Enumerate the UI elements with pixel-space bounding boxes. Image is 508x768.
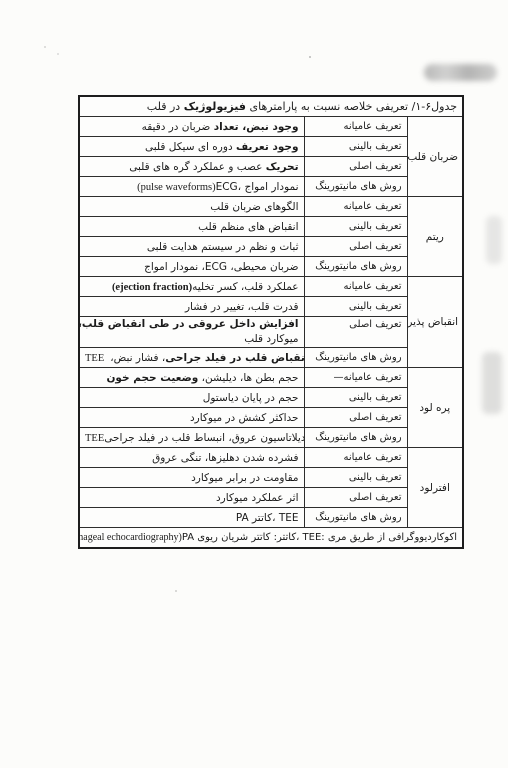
definition-content-cell: عملکرد قلب، کسر تخلیه(ejection fraction) [79,277,304,297]
table-row: تعریف اصلیحداکثر کشش در میوکارد [79,408,463,428]
table-row: روش های مانیتورینگTEE ، فشار نبض، انقباض… [79,348,463,368]
persian-text: دوره ای سیکل قلبی [145,141,236,153]
table-row: تعریف بالینیحجم در پایان دیاستول [79,388,463,408]
persian-text: ضربان در دقیقه [142,121,214,133]
definition-type-cell: روش های مانیتورینگ [304,428,407,448]
definition-content-cell: ثبات و نظم در سیستم هدایت قلبی [79,237,304,257]
definition-content-cell: PA کاتتر، TEE [79,508,304,528]
persian-text: حجم بطن ها، دیلیشن، [198,372,298,384]
table-row: تعریف بالینیوجود تعریف دوره ای سیکل قلبی [79,137,463,157]
table-row: تعریف اصلیثبات و نظم در سیستم هدایت قلبی [79,237,463,257]
persian-text: فیزیولوژیک [184,100,246,113]
persian-text: PA کاتتر: کاتتر شریان ریوی، TEE: اکوکارد… [182,532,457,543]
definition-type-cell: تعریف اصلی [304,317,407,348]
persian-text: ، فشار نبض، [107,352,165,364]
table-row: انقباض پذیریتعریف عامیانهعملکرد قلب، کسر… [79,277,463,297]
definition-content-cell: ECG، نمودار امواج(pulse waveforms) [79,177,304,197]
scan-smudge-right-edge [486,216,502,264]
definition-content-cell: اثر عملکرد میوکارد [79,488,304,508]
table-row: تعریف بالینیمقاومت در برابر میوکارد [79,468,463,488]
definition-type-cell: تعریف بالینی [304,388,407,408]
latin-term: (transesophageal echocardiography) [79,532,182,543]
definition-type-cell: تعریف بالینی [304,468,407,488]
latin-term: TEE [85,353,107,364]
definition-content-cell: ضربان محیطی، ECG، نمودار امواج [79,257,304,277]
definition-type-cell: تعریف اصلی [304,408,407,428]
definition-content-cell: فشرده شدن دهلیزها، تنگی عروق [79,448,304,468]
group-label-cell: افترلود [407,448,463,528]
persian-text: ثبات و نظم در سیستم هدایت قلبی [147,241,299,253]
definition-content-cell: حداکثر کشش در میوکارد [79,408,304,428]
persian-text: در قلب [147,100,184,113]
definition-content-cell: قدرت قلب، تغییر در فشار [79,297,304,317]
definition-type-cell: تعریف بالینی [304,137,407,157]
group-label-cell: انقباض پذیری [407,277,463,368]
definition-content-cell: مقاومت در برابر میوکارد [79,468,304,488]
scan-speck [57,53,59,55]
definition-type-cell: روش های مانیتورینگ [304,257,407,277]
definition-content-cell: وجود نبض، تعداد ضربان در دقیقه [79,117,304,137]
persian-text: مقاومت در برابر میوکارد [191,472,298,484]
table-title-row: جدول۶-۱/ تعریفی خلاصه نسبت به پارامترهای… [79,96,463,117]
persian-text: وجود نبض، تعداد [214,121,299,133]
persian-text: حجم در پایان دیاستول [203,392,299,404]
persian-text: ضربان محیطی، ECG، نمودار امواج [144,261,298,273]
table-row: تعریف بالینیقدرت قلب، تغییر در فشار [79,297,463,317]
table-row: روش های مانیتورینگضربان محیطی، ECG، نمود… [79,257,463,277]
latin-term: (ejection fraction) [112,282,192,293]
definition-type-cell: تعریف اصلی [304,157,407,177]
table-row: تعریف اصلیاثر عملکرد میوکارد [79,488,463,508]
definition-content-cell: الگوهای ضربان قلب [79,197,304,217]
definition-type-cell: تعریف عامیانه [304,277,407,297]
definition-content-cell: وجود تعریف دوره ای سیکل قلبی [79,137,304,157]
scan-smudge-top-right [424,64,497,81]
table-row: ضربان قلبتعریف عامیانهوجود نبض، تعداد ضر… [79,117,463,137]
group-label-cell: پره لود [407,368,463,448]
table-row: تعریف اصلیافزایش داخل عروقی در طی انقباض… [79,317,463,348]
table-row: پره لودتعریف عامیانه—حجم بطن ها، دیلیشن،… [79,368,463,388]
group-label-cell: ضربان قلب [407,117,463,197]
persian-text: عصب و عملکرد گره های قلبی [129,161,266,173]
persian-text: انقباض قلب در فیلد جراحی [165,352,304,364]
summary-table: جدول۶-۱/ تعریفی خلاصه نسبت به پارامترهای… [78,95,464,549]
table-row: ریتمتعریف عامیانهالگوهای ضربان قلب [79,197,463,217]
scan-smudge-right-edge [482,352,502,414]
scan-speck [175,590,177,592]
definition-type-cell: روش های مانیتورینگ [304,177,407,197]
definition-type-cell: تعریف اصلی [304,488,407,508]
definition-type-cell: تعریف بالینی [304,217,407,237]
persian-text: وضعیت حجم خون [106,372,198,384]
definition-type-cell: تعریف عامیانه [304,117,407,137]
table-row: روش های مانیتورینگTEE، دیلاتاسیون عروق، … [79,428,463,448]
definition-type-cell: روش های مانیتورینگ [304,508,407,528]
table-row: تعریف بالینیانقباض های منظم قلب [79,217,463,237]
persian-text: ECG، نمودار امواج [216,181,299,193]
definition-type-cell: تعریف عامیانه [304,197,407,217]
persian-text: تحریک [266,161,299,173]
definition-type-cell: تعریف عامیانه— [304,368,407,388]
definition-content-cell: حجم در پایان دیاستول [79,388,304,408]
definition-type-cell: روش های مانیتورینگ [304,348,407,368]
persian-text: وجود تعریف [236,141,299,153]
persian-text: افزایش داخل عروقی در طی انقباض قلب، تغیی… [79,318,299,330]
scan-speck [44,46,46,48]
persian-text: اثر عملکرد میوکارد [216,492,299,504]
definition-content-cell: TEE، دیلاتاسیون عروق، انبساط قلب در فیلد… [79,428,304,448]
table-row: تعریف اصلیتحریک عصب و عملکرد گره های قلب… [79,157,463,177]
scanned-page: ZPH.ir جدول۶-۱/ تعریفی خلاصه نسبت به پار… [0,0,508,768]
definition-content-cell: افزایش داخل عروقی در طی انقباض قلب، تغیی… [79,317,304,348]
group-label-cell: ریتم [407,197,463,277]
footnote: PA کاتتر: کاتتر شریان ریوی، TEE: اکوکارد… [79,528,463,549]
table-row: روش های مانیتورینگECG، نمودار امواج(puls… [79,177,463,197]
table-row: افترلودتعریف عامیانهفشرده شدن دهلیزها، ت… [79,448,463,468]
persian-text: میوکارد قلب [244,333,298,345]
persian-text: جدول۶-۱/ تعریفی خلاصه نسبت به پارامترهای [246,100,457,113]
persian-text: ، دیلاتاسیون عروق، انبساط قلب در فیلد جر… [104,432,304,444]
scan-speck [309,56,311,58]
definition-type-cell: تعریف اصلی [304,237,407,257]
definition-type-cell: تعریف بالینی [304,297,407,317]
persian-text: فشرده شدن دهلیزها، تنگی عروق [152,452,298,464]
footnote-row: PA کاتتر: کاتتر شریان ریوی، TEE: اکوکارد… [79,528,463,549]
definition-content-cell: حجم بطن ها، دیلیشن، وضعیت حجم خون [79,368,304,388]
definition-content-cell: تحریک عصب و عملکرد گره های قلبی [79,157,304,177]
persian-text: حداکثر کشش در میوکارد [190,412,299,424]
definition-content-cell: انقباض های منظم قلب [79,217,304,237]
persian-text: PA کاتتر، TEE [236,512,299,524]
table-row: روش های مانیتورینگPA کاتتر، TEE [79,508,463,528]
persian-text: قدرت قلب، تغییر در فشار [185,301,299,313]
table-title: جدول۶-۱/ تعریفی خلاصه نسبت به پارامترهای… [79,96,463,117]
latin-term: (pulse waveforms) [137,182,215,193]
definition-type-cell: تعریف عامیانه [304,448,407,468]
persian-text: الگوهای ضربان قلب [210,201,298,213]
definition-content-cell: TEE ، فشار نبض، انقباض قلب در فیلد جراحی [79,348,304,368]
latin-term: TEE [85,433,104,444]
persian-text: انقباض های منظم قلب [198,221,298,233]
persian-text: عملکرد قلب، کسر تخلیه [192,281,298,293]
